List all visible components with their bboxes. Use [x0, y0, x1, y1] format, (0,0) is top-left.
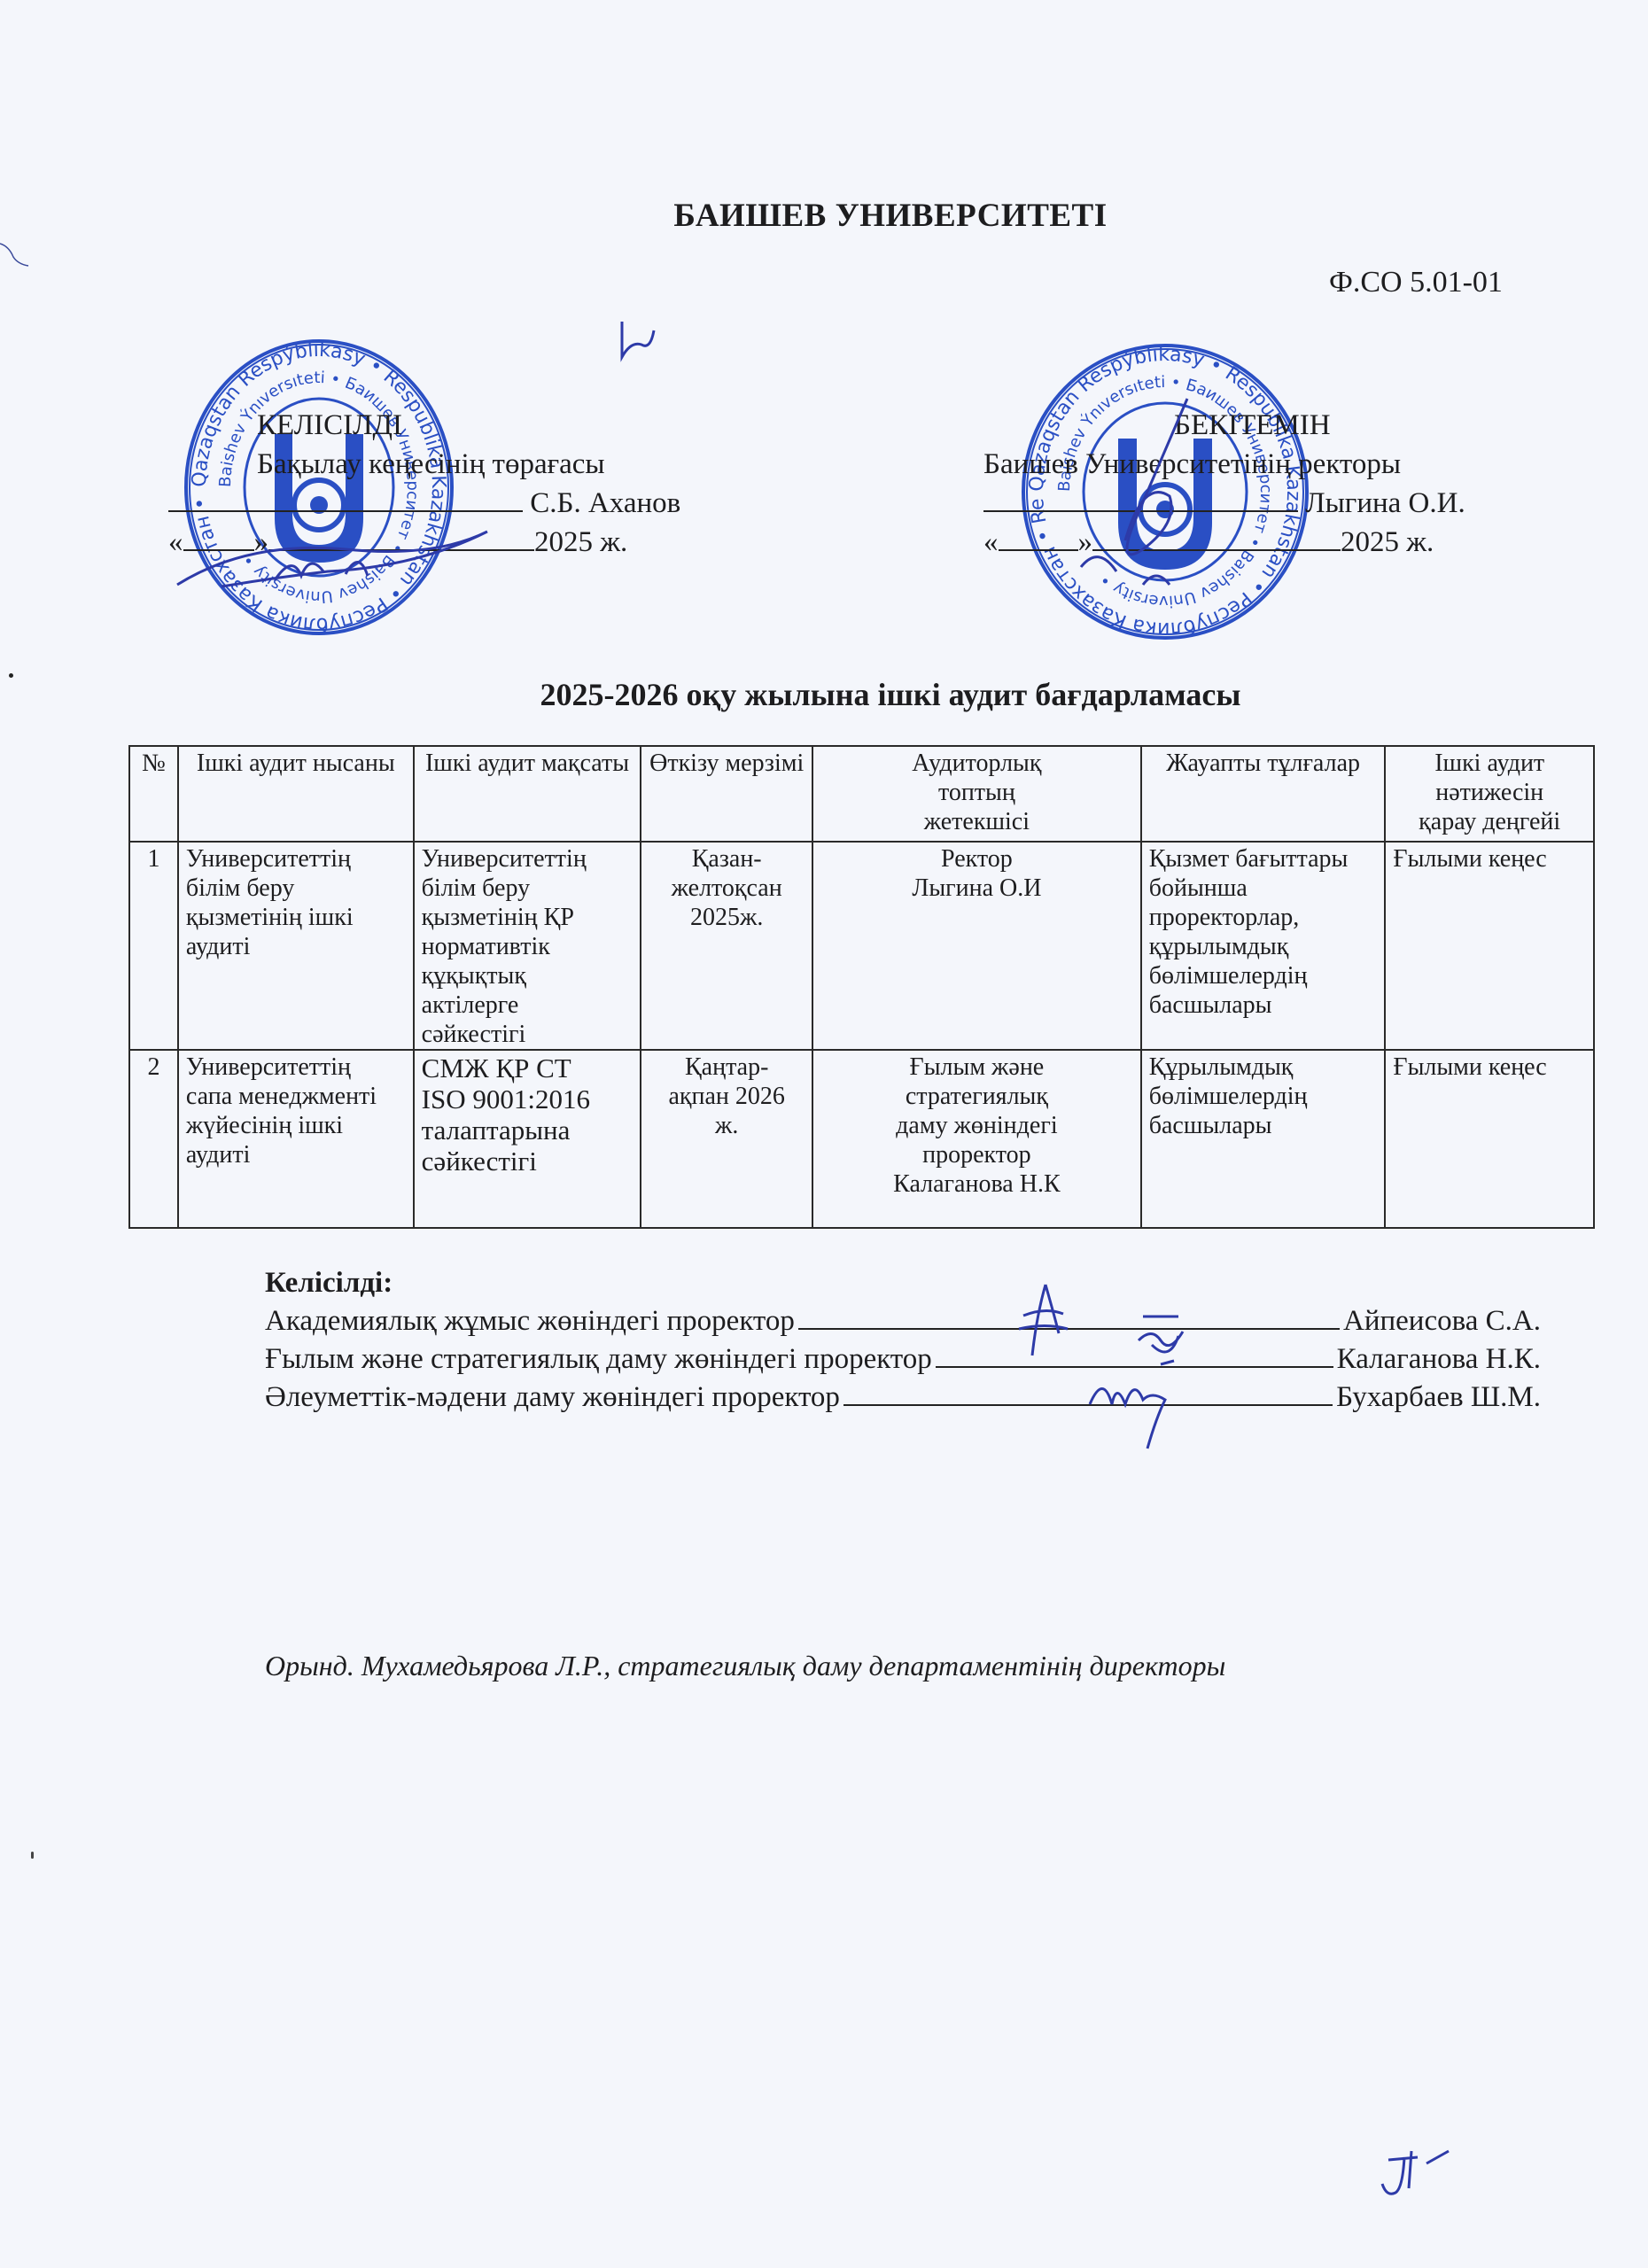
margin-dot [31, 1852, 34, 1859]
approver-name: Лыгина О.И. [1305, 487, 1465, 519]
margin-dot [9, 673, 13, 678]
column-header: № [129, 746, 178, 842]
table-row: 2 Университеттің сапа менеджменті жүйесі… [129, 1050, 1594, 1228]
audit-period: Қаңтар-ақпан 2026 ж. [641, 1050, 812, 1228]
signatory-name: Айпеисова С.А. [1343, 1303, 1541, 1340]
signatory-row: Әлеуметтік-мәдени даму жөніндегі прорект… [265, 1378, 1541, 1416]
signatory-row: Ғылым және стратегиялық даму жөніндегі п… [265, 1340, 1541, 1378]
date-day-line [999, 523, 1078, 551]
approval-heading: БЕКІТЕМІН [983, 406, 1559, 445]
row-number: 2 [129, 1050, 178, 1228]
audit-leader: Ректор Лыгина О.И [812, 842, 1141, 1050]
approval-year: 2025 ж. [1341, 526, 1434, 558]
date-quote: » [254, 526, 269, 558]
column-header: Аудиторлық топтың жетекшісі [812, 746, 1141, 842]
signature-line [843, 1378, 1333, 1406]
column-header: Ішкі аудит нысаны [178, 746, 414, 842]
signatory-row: Академиялық жұмыс жөніндегі проректор Ай… [265, 1301, 1541, 1340]
approver-name: С.Б. Аханов [530, 487, 680, 519]
signatory-name: Бухарбаев Ш.М. [1336, 1379, 1541, 1416]
signature-line [798, 1301, 1340, 1330]
date-day-line [183, 523, 254, 551]
audit-leader: Ғылым және стратегиялық даму жөніндегі п… [812, 1050, 1141, 1228]
responsible-persons: Құрылымдық бөлімшелердің басшылары [1141, 1050, 1386, 1228]
responsible-persons: Қызмет бағыттары бойынша проректорлар, қ… [1141, 842, 1386, 1050]
executor-note: Орынд. Мухамедьярова Л.Р., стратегиялық … [265, 1650, 1225, 1682]
form-code: Ф.СО 5.01-01 [1329, 266, 1503, 299]
handwritten-mark-icon [611, 315, 665, 368]
page-initials-icon [1378, 2144, 1466, 2206]
audit-object: Университеттің сапа менеджменті жүйесіні… [178, 1050, 414, 1228]
signatory-position: Әлеуметтік-мәдени даму жөніндегі прорект… [265, 1379, 840, 1416]
table-row: 1 Университеттің білім беру қызметінің і… [129, 842, 1594, 1050]
university-name: БАИШЕВ УНИВЕРСИТЕТІ [0, 197, 1648, 235]
agreed-signatories: Келісілді: Академиялық жұмыс жөніндегі п… [265, 1265, 1541, 1416]
approval-position: Бақылау кеңесінің төрағасы [168, 445, 735, 484]
agreed-heading: Келісілді: [265, 1265, 1541, 1301]
review-level: Ғылыми кеңес [1385, 842, 1594, 1050]
date-quote: « [983, 526, 999, 558]
table-header-row: № Ішкі аудит нысаны Ішкі аудит мақсаты Ө… [129, 746, 1594, 842]
column-header: Жауапты тұлғалар [1141, 746, 1386, 842]
date-quote: » [1078, 526, 1093, 558]
review-level: Ғылыми кеңес [1385, 1050, 1594, 1228]
signatory-name: Калаганова Н.К. [1337, 1341, 1541, 1378]
document-title: 2025-2026 оқу жылына ішкі аудит бағдарла… [0, 676, 1648, 713]
date-quote: « [168, 526, 183, 558]
row-number: 1 [129, 842, 178, 1050]
approval-heading: КЕЛІСІЛДІ [168, 406, 735, 445]
signature-line [168, 484, 523, 512]
column-header: Ішкі аудит нәтижесін қарау деңгейі [1385, 746, 1594, 842]
audit-goal: Университеттің білім беру қызметінің ҚР … [414, 842, 641, 1050]
signatory-position: Ғылым және стратегиялық даму жөніндегі п… [265, 1341, 932, 1378]
signatory-position: Академиялық жұмыс жөніндегі проректор [265, 1303, 795, 1340]
margin-mark-icon [0, 239, 35, 275]
signature-line [936, 1340, 1333, 1368]
audit-object: Университеттің білім беру қызметінің ішк… [178, 842, 414, 1050]
audit-program-table: № Ішкі аудит нысаны Ішкі аудит мақсаты Ө… [128, 745, 1595, 1229]
date-month-line [268, 523, 534, 551]
approval-block-approved: БЕКІТЕМІН Баишев Университетінің ректоры… [983, 406, 1559, 562]
approval-position: Баишев Университетінің ректоры [983, 445, 1559, 484]
column-header: Ішкі аудит мақсаты [414, 746, 641, 842]
signature-line [983, 484, 1298, 512]
date-month-line [1092, 523, 1341, 551]
column-header: Өткізу мерзімі [641, 746, 812, 842]
audit-goal: СМЖ ҚР СТ ISO 9001:2016 талаптарына сәйк… [414, 1050, 641, 1228]
approval-year: 2025 ж. [534, 526, 627, 558]
approval-block-agreed: КЕЛІСІЛДІ Бақылау кеңесінің төрағасы С.Б… [168, 406, 735, 562]
audit-period: Қазан-желтоқсан 2025ж. [641, 842, 812, 1050]
